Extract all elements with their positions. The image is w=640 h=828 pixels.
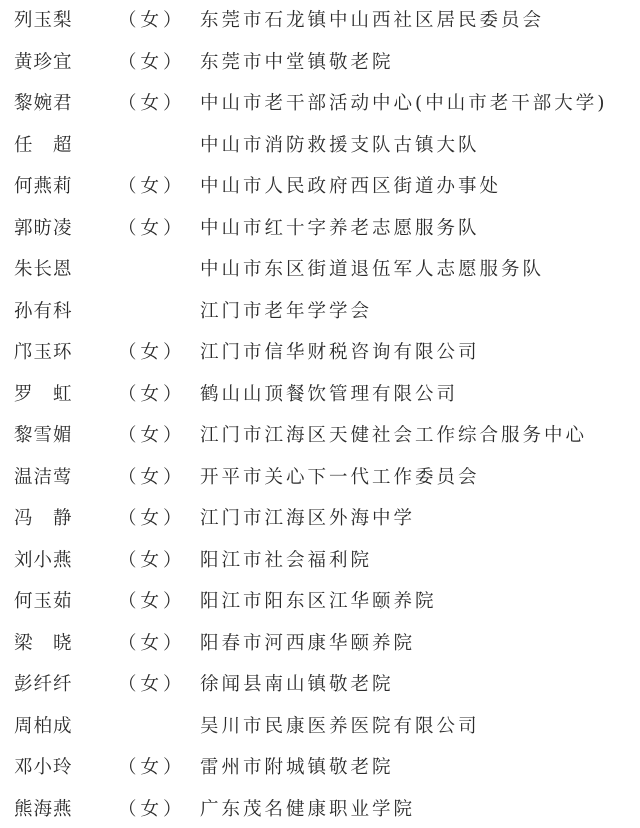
gender-note: （女）: [118, 540, 186, 581]
organization: 阳春市河西康华颐养院: [200, 623, 415, 664]
person-name: 罗 虹: [14, 374, 84, 415]
list-item: 黎雪媚 （女） 江门市江海区天健社会工作综合服务中心: [0, 415, 640, 456]
list-item: 何燕莉 （女） 中山市人民政府西区街道办事处: [0, 166, 640, 207]
gender-note: （女）: [118, 208, 186, 249]
person-name: 彭纤纤: [14, 664, 84, 705]
organization: 阳江市社会福利院: [200, 540, 372, 581]
organization: 江门市信华财税咨询有限公司: [200, 332, 480, 373]
gender-note: （女）: [118, 664, 186, 705]
person-name: 黄珍宜: [14, 42, 84, 83]
list-item: 任 超 中山市消防救援支队古镇大队: [0, 125, 640, 166]
list-item: 黄珍宜 （女） 东莞市中堂镇敬老院: [0, 42, 640, 83]
list-item: 温洁莺 （女） 开平市关心下一代工作委员会: [0, 457, 640, 498]
person-name: 熊海燕: [14, 789, 84, 828]
list-item: 邝玉环 （女） 江门市信华财税咨询有限公司: [0, 332, 640, 373]
organization: 雷州市附城镇敬老院: [200, 747, 394, 788]
list-item: 何玉茹 （女） 阳江市阳东区江华颐养院: [0, 581, 640, 622]
organization: 阳江市阳东区江华颐养院: [200, 581, 437, 622]
person-name: 何玉茹: [14, 581, 84, 622]
person-name: 周柏成: [14, 706, 84, 747]
gender-note: （女）: [118, 457, 186, 498]
person-name: 列玉梨: [14, 0, 84, 41]
organization: 东莞市中堂镇敬老院: [200, 42, 394, 83]
person-name: 何燕莉: [14, 166, 84, 207]
gender-note: （女）: [118, 581, 186, 622]
person-name: 冯 静: [14, 498, 84, 539]
list-item: 熊海燕 （女） 广东茂名健康职业学院: [0, 789, 640, 828]
list-item: 刘小燕 （女） 阳江市社会福利院: [0, 540, 640, 581]
organization: 江门市江海区天健社会工作综合服务中心: [200, 415, 587, 456]
gender-note: （女）: [118, 789, 186, 828]
person-name: 郭昉凌: [14, 208, 84, 249]
person-name: 邓小玲: [14, 747, 84, 788]
organization: 中山市人民政府西区街道办事处: [200, 166, 501, 207]
gender-note: （女）: [118, 42, 186, 83]
gender-note: （女）: [118, 415, 186, 456]
gender-note: （女）: [118, 747, 186, 788]
gender-note: （女）: [118, 623, 186, 664]
organization: 开平市关心下一代工作委员会: [200, 457, 480, 498]
organization: 徐闻县南山镇敬老院: [200, 664, 394, 705]
person-name: 黎婉君: [14, 83, 84, 124]
list-item: 列玉梨 （女） 东莞市石龙镇中山西社区居民委员会: [0, 0, 640, 41]
organization: 中山市老干部活动中心(中山市老干部大学): [200, 83, 607, 124]
gender-note: （女）: [118, 374, 186, 415]
organization: 广东茂名健康职业学院: [200, 789, 415, 828]
organization: 江门市江海区外海中学: [200, 498, 415, 539]
gender-note: （女）: [118, 498, 186, 539]
organization: 中山市红十字养老志愿服务队: [200, 208, 480, 249]
organization: 中山市东区街道退伍军人志愿服务队: [200, 249, 544, 290]
list-item: 朱长恩 中山市东区街道退伍军人志愿服务队: [0, 249, 640, 290]
gender-note: （女）: [118, 83, 186, 124]
list-item: 孙有科 江门市老年学学会: [0, 291, 640, 332]
person-name: 朱长恩: [14, 249, 84, 290]
person-name: 温洁莺: [14, 457, 84, 498]
organization: 中山市消防救援支队古镇大队: [200, 125, 480, 166]
list-item: 周柏成 吴川市民康医养医院有限公司: [0, 706, 640, 747]
list-item: 邓小玲 （女） 雷州市附城镇敬老院: [0, 747, 640, 788]
organization: 鹤山山顶餐饮管理有限公司: [200, 374, 458, 415]
list-item: 冯 静 （女） 江门市江海区外海中学: [0, 498, 640, 539]
person-name: 刘小燕: [14, 540, 84, 581]
organization: 江门市老年学学会: [200, 291, 372, 332]
person-name: 邝玉环: [14, 332, 84, 373]
list-item: 黎婉君 （女） 中山市老干部活动中心(中山市老干部大学): [0, 83, 640, 124]
organization: 东莞市石龙镇中山西社区居民委员会: [200, 0, 544, 41]
list-item: 彭纤纤 （女） 徐闻县南山镇敬老院: [0, 664, 640, 705]
person-name: 孙有科: [14, 291, 84, 332]
gender-note: （女）: [118, 166, 186, 207]
list-item: 罗 虹 （女） 鹤山山顶餐饮管理有限公司: [0, 374, 640, 415]
person-name: 任 超: [14, 125, 84, 166]
gender-note: （女）: [118, 332, 186, 373]
gender-note: （女）: [118, 0, 186, 41]
organization: 吴川市民康医养医院有限公司: [200, 706, 480, 747]
list-item: 梁 晓 （女） 阳春市河西康华颐养院: [0, 623, 640, 664]
person-name: 黎雪媚: [14, 415, 84, 456]
person-name: 梁 晓: [14, 623, 84, 664]
list-item: 郭昉凌 （女） 中山市红十字养老志愿服务队: [0, 208, 640, 249]
